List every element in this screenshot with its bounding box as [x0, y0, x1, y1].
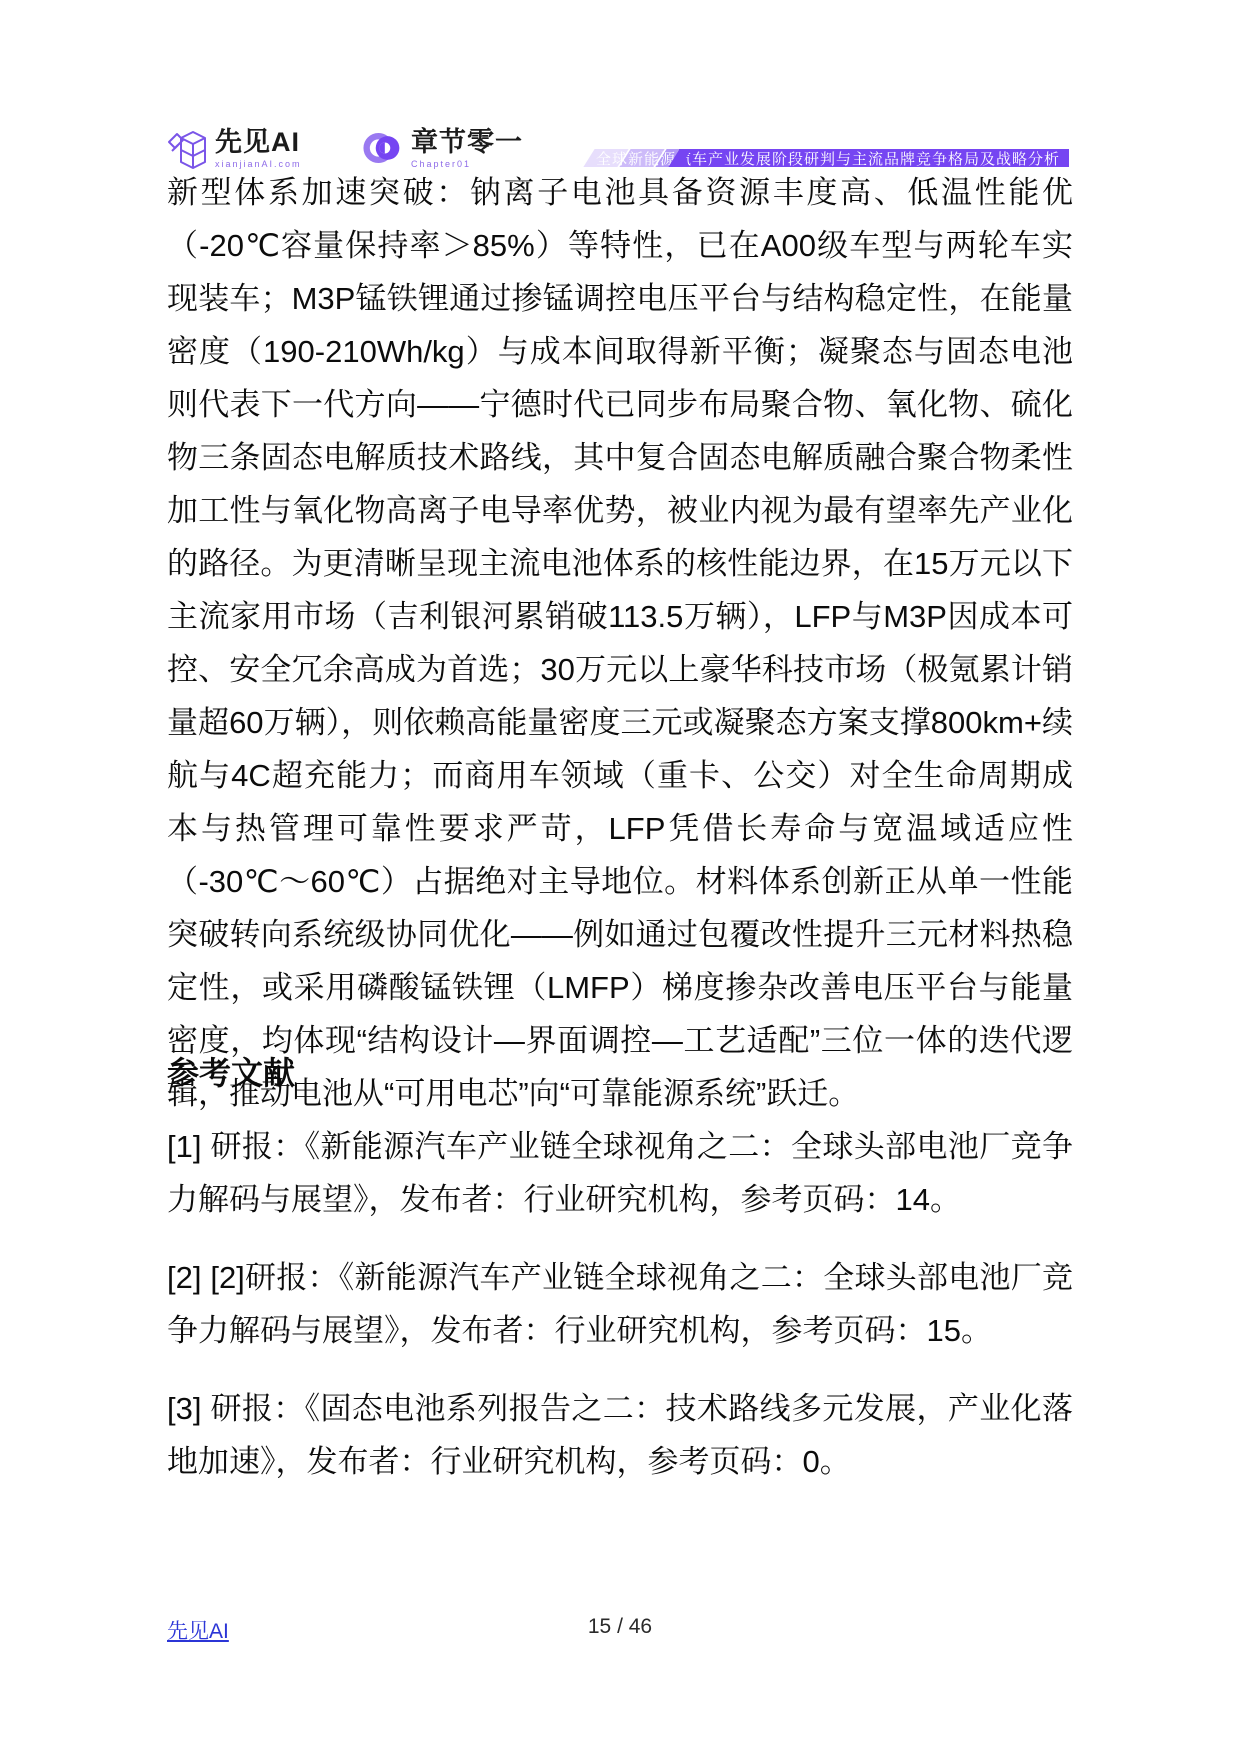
cube-logo-icon — [167, 126, 207, 170]
page-number: 15 / 46 — [0, 1615, 1240, 1639]
document-page: 先见AI xianjianAI.com 章节零一 Chapter01 全球新能源… — [0, 0, 1240, 1755]
page-footer: 先见AI 15 / 46 — [0, 1613, 1240, 1647]
reference-item: [1] 研报：《新能源汽车产业链全球视角之二：全球头部电池厂竞争力解码与展望》，… — [167, 1120, 1073, 1226]
rings-logo-icon — [363, 126, 403, 170]
xianjian-logo-title: 先见AI — [215, 126, 302, 158]
reference-item: [2] [2]研报：《新能源汽车产业链全球视角之二：全球头部电池厂竞争力解码与展… — [167, 1251, 1073, 1357]
banner-bar: 全球新能源汽车产业发展阶段研判与主流品牌竞争格局及战略分析 — [679, 149, 1069, 167]
header-banner: 全球新能源汽车产业发展阶段研判与主流品牌竞争格局及战略分析 — [417, 149, 1090, 167]
references-list: [1] 研报：《新能源汽车产业链全球视角之二：全球头部电池厂竞争力解码与展望》，… — [167, 1120, 1073, 1513]
reference-item: [3] 研报：《固态电池系列报告之二：技术路线多元发展，产业化落地加速》，发布者… — [167, 1382, 1073, 1488]
references-heading: 参考文献 — [167, 1048, 295, 1094]
body-paragraph: 新型体系加速突破：钠离子电池具备资源丰度高、低温性能优（-20℃容量保持率＞85… — [167, 166, 1073, 1120]
xianjian-logo: 先见AI xianjianAI.com — [167, 126, 302, 170]
